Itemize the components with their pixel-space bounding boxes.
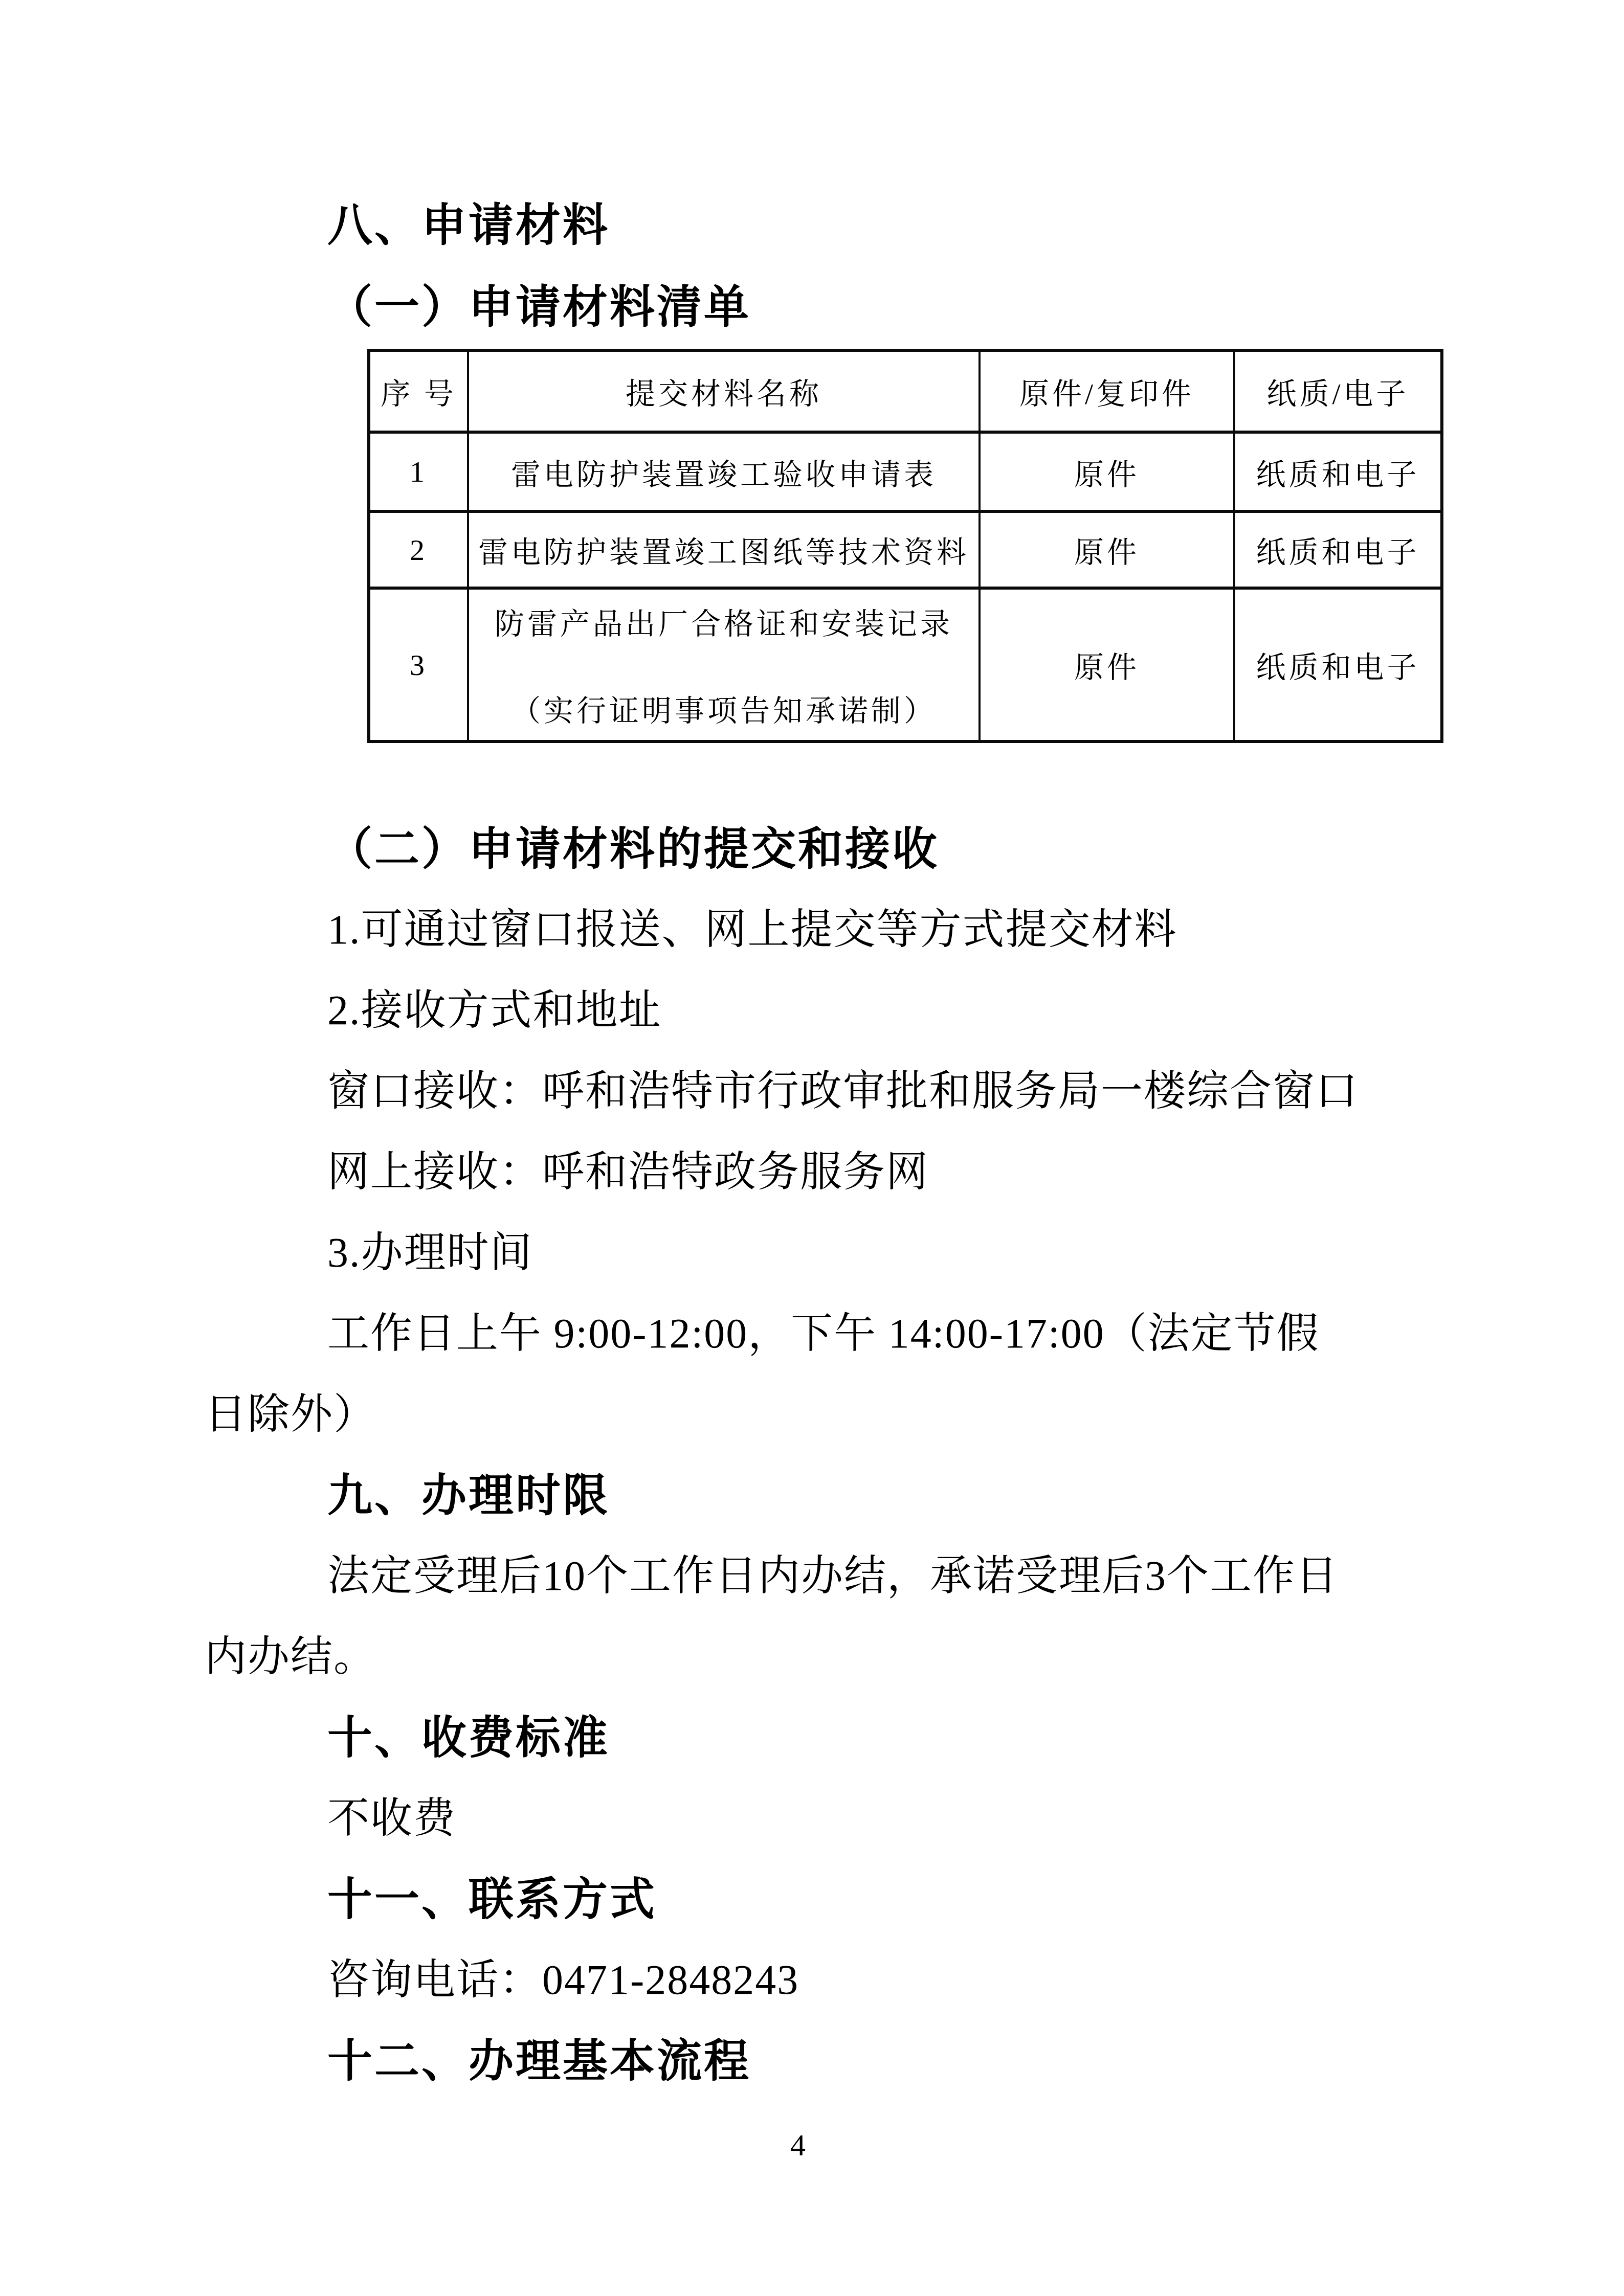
col-header-material-name: 提交材料名称 xyxy=(468,350,980,432)
paragraph-handle-time-title: 3.办理时间 xyxy=(327,1212,533,1294)
col-header-index: 序 号 xyxy=(369,350,468,432)
row-index: 1 xyxy=(369,432,468,511)
row-format: 纸质和电子 xyxy=(1234,588,1442,741)
application-materials-table: 序 号 提交材料名称 原件/复印件 纸质/电子 1 雷电防护装置竣工验收申请表 … xyxy=(367,349,1443,743)
section-12-title: 十二、办理基本流程 xyxy=(327,2020,751,2102)
table-row: 3 防雷产品出厂合格证和安装记录 （实行证明事项告知承诺制） 原件 纸质和电子 xyxy=(369,588,1442,741)
document-page: 八、申请材料 （一）申请材料清单 序 号 提交材料名称 原件/复印件 纸质/电子… xyxy=(0,0,1624,2296)
row-format: 纸质和电子 xyxy=(1234,432,1442,511)
row-index: 3 xyxy=(369,588,468,741)
page-number: 4 xyxy=(0,2112,1596,2178)
section-8-2-title: （二）申请材料的提交和接收 xyxy=(327,808,939,890)
section-10-title: 十、收费标准 xyxy=(327,1697,610,1779)
paragraph-submit-methods: 1.可通过窗口报送、网上提交等方式提交材料 xyxy=(327,889,1177,971)
paragraph-phone: 咨询电话：0471-2848243 xyxy=(327,1939,799,2021)
paragraph-work-hours-line1: 工作日上午 9:00-12:00，下午 14:00-17:00（法定节假 xyxy=(327,1293,1320,1375)
row-material-name-line2: （实行证明事项告知承诺制） xyxy=(469,687,978,730)
row-material-name: 雷电防护装置竣工验收申请表 xyxy=(468,432,980,511)
paragraph-receive-method-address: 2.接收方式和地址 xyxy=(327,970,662,1051)
section-8-title: 八、申请材料 xyxy=(327,184,610,266)
row-format: 纸质和电子 xyxy=(1234,511,1442,588)
col-header-paper-electronic: 纸质/电子 xyxy=(1234,350,1442,432)
row-original: 原件 xyxy=(980,588,1234,741)
paragraph-work-hours-line2: 日除外） xyxy=(205,1374,376,1455)
col-header-original-copy: 原件/复印件 xyxy=(980,350,1234,432)
table-header-row: 序 号 提交材料名称 原件/复印件 纸质/电子 xyxy=(369,350,1442,432)
paragraph-online-receive: 网上接收：呼和浩特政务服务网 xyxy=(327,1131,929,1213)
table-row: 2 雷电防护装置竣工图纸等技术资料 原件 纸质和电子 xyxy=(369,511,1442,588)
row-original: 原件 xyxy=(980,511,1234,588)
table-row: 1 雷电防护装置竣工验收申请表 原件 纸质和电子 xyxy=(369,432,1442,511)
row-index: 2 xyxy=(369,511,468,588)
section-8-1-title: （一）申请材料清单 xyxy=(327,266,751,348)
paragraph-time-limit-line2: 内办结。 xyxy=(205,1616,376,1698)
section-9-title: 九、办理时限 xyxy=(327,1454,610,1536)
row-material-name-line1: 防雷产品出厂合格证和安装记录 xyxy=(469,600,978,643)
section-11-title: 十一、联系方式 xyxy=(327,1858,657,1940)
paragraph-no-fee: 不收费 xyxy=(327,1777,456,1859)
row-material-name: 防雷产品出厂合格证和安装记录 （实行证明事项告知承诺制） xyxy=(468,588,980,741)
paragraph-window-receive: 窗口接收：呼和浩特市行政审批和服务局一楼综合窗口 xyxy=(327,1050,1359,1132)
paragraph-time-limit-line1: 法定受理后10个工作日内办结，承诺受理后3个工作日 xyxy=(327,1535,1339,1617)
row-material-name: 雷电防护装置竣工图纸等技术资料 xyxy=(468,511,980,588)
row-original: 原件 xyxy=(980,432,1234,511)
